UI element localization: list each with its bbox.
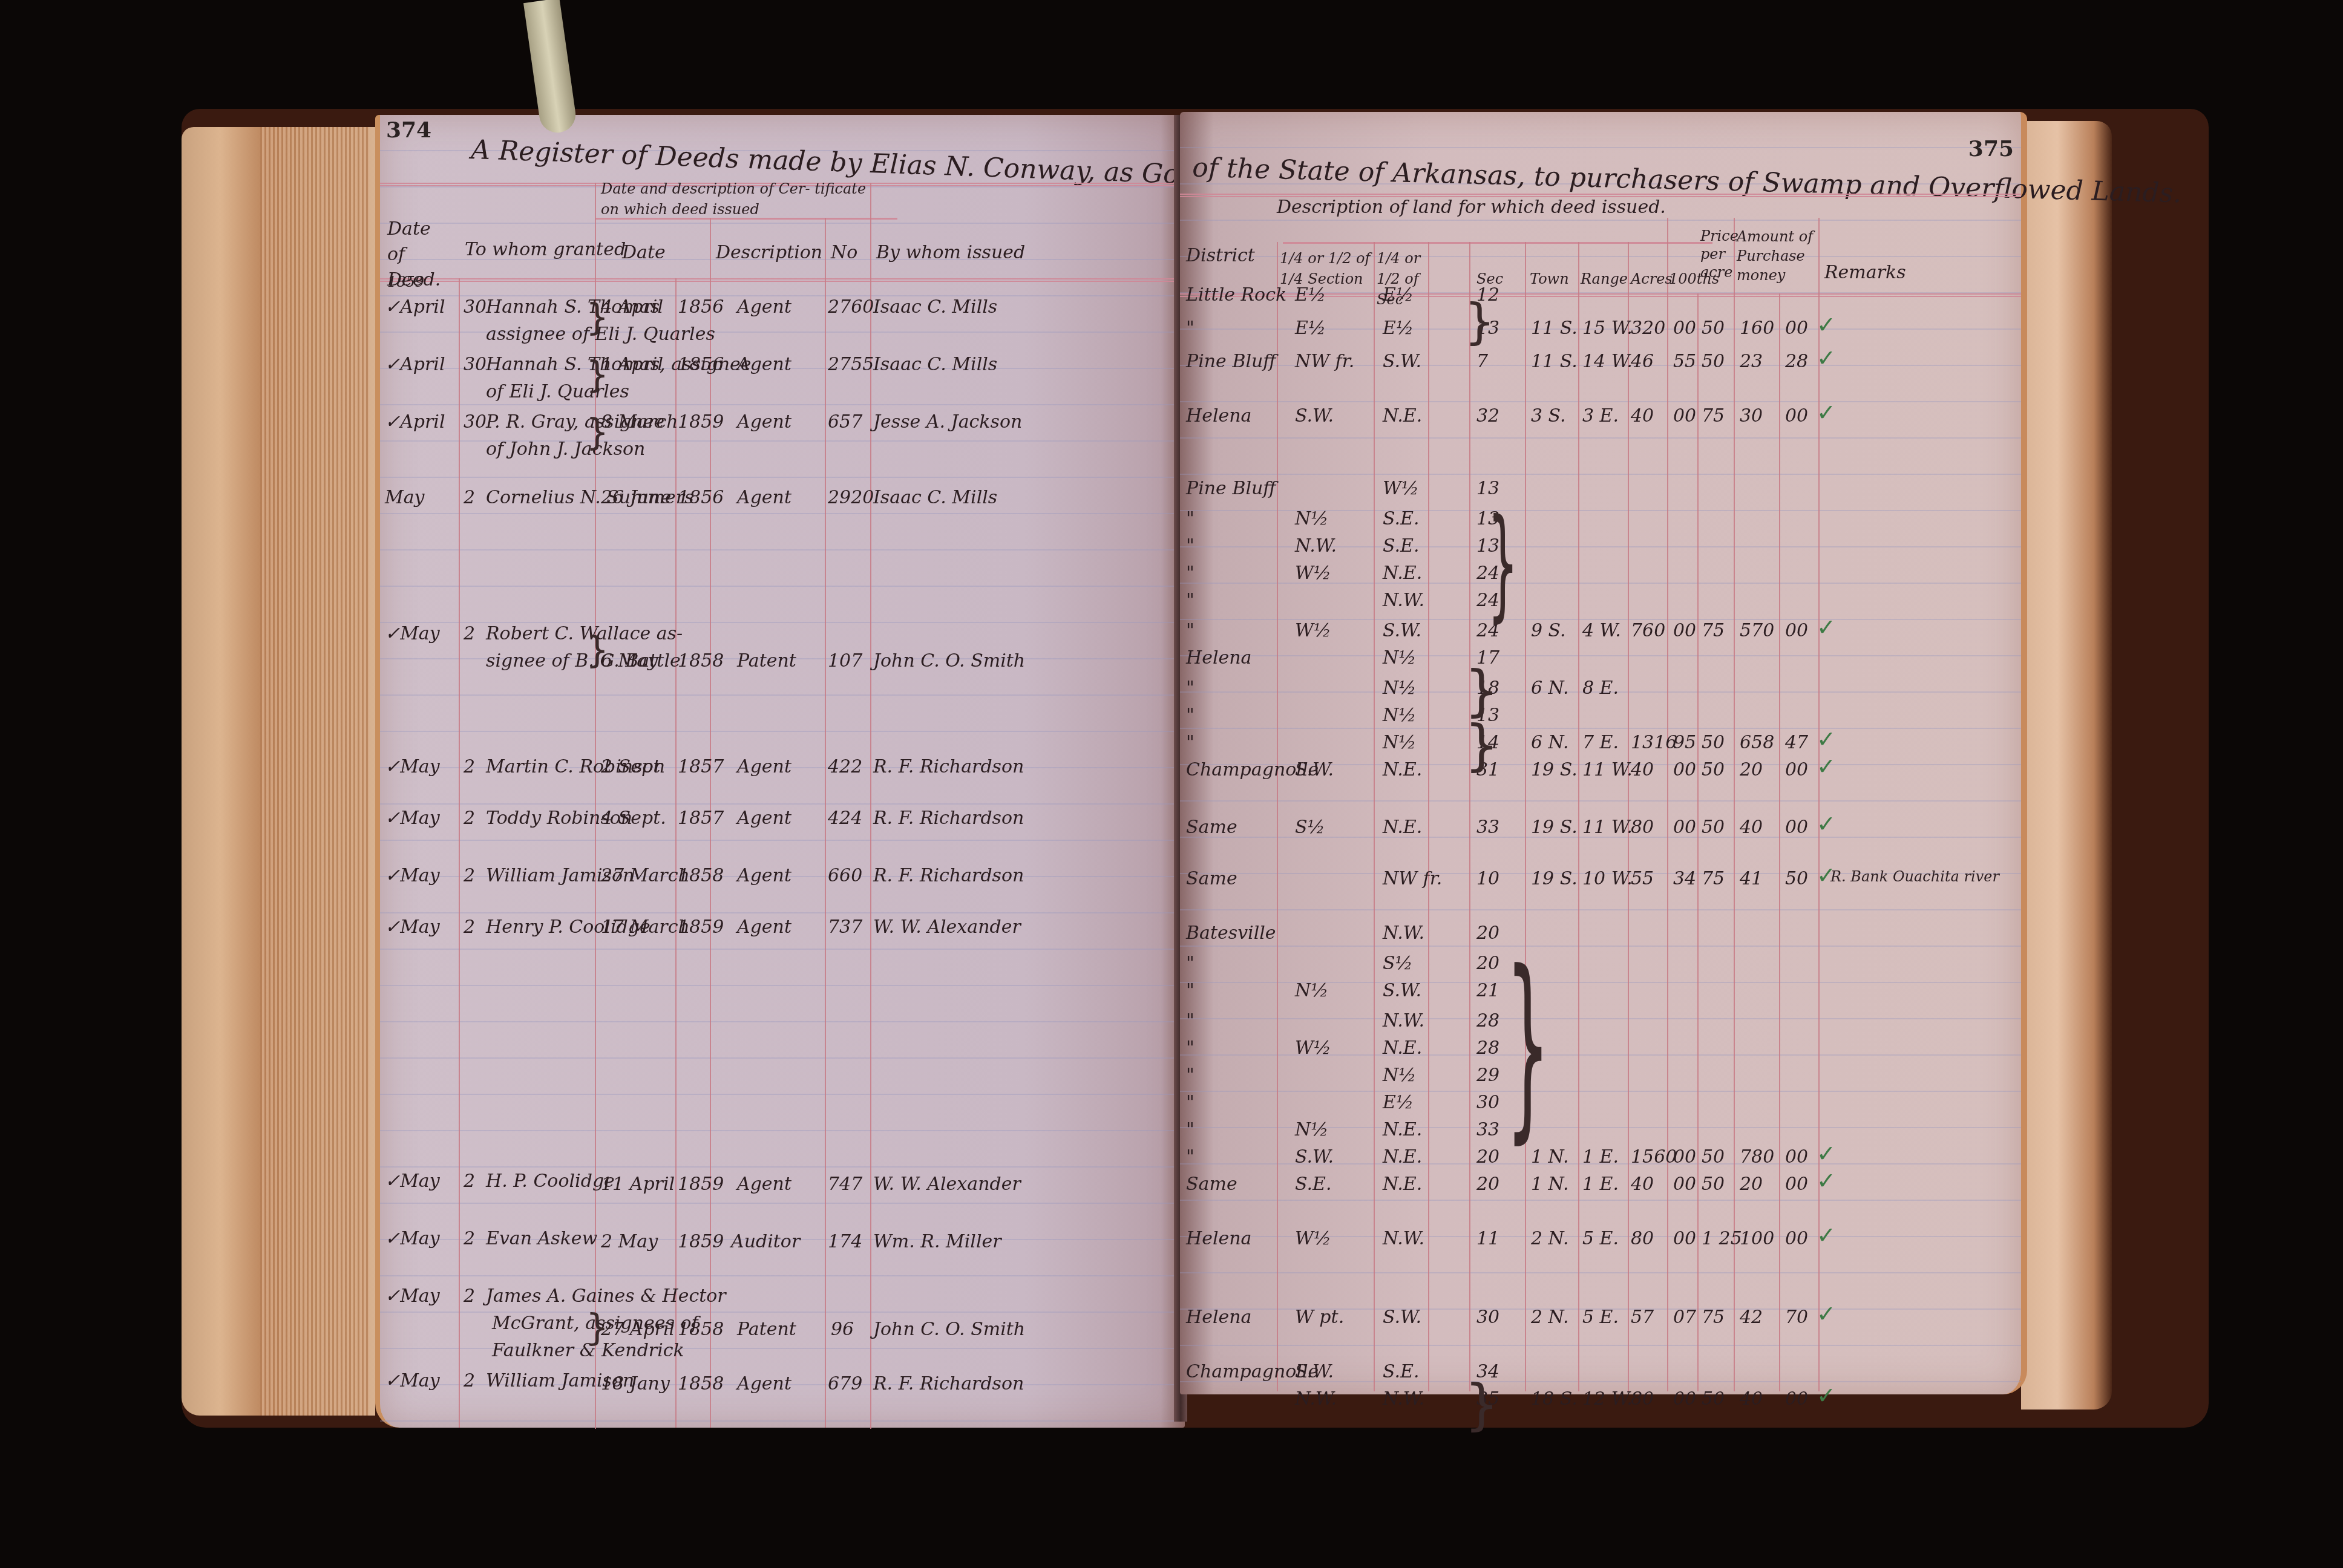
header-price-per-acre: Price per acre bbox=[1700, 227, 1737, 281]
acres-hundredths: 00 bbox=[1673, 817, 1696, 838]
header-cert-date: Date bbox=[622, 242, 666, 263]
quarter-section: S½ bbox=[1295, 817, 1325, 838]
cert-year: 1859 bbox=[678, 411, 724, 433]
section-number: 10 bbox=[1476, 868, 1499, 889]
check-mark-icon: ✓ bbox=[1817, 862, 1836, 889]
land-district: " bbox=[1186, 1037, 1194, 1059]
left-page-block bbox=[182, 127, 375, 1416]
col-line bbox=[1697, 293, 1699, 1391]
cert-number: 96 bbox=[831, 1319, 854, 1340]
land-district: Helena bbox=[1186, 1228, 1251, 1249]
township: 11 S. bbox=[1531, 351, 1578, 372]
acres-hundredths: 00 bbox=[1673, 1146, 1696, 1168]
township: 11 S. bbox=[1531, 318, 1578, 339]
acres-hundredths: 00 bbox=[1673, 405, 1696, 426]
purchase-amount-cents: 00 bbox=[1785, 1388, 1808, 1410]
cert-number: 737 bbox=[828, 916, 862, 938]
land-district: Pine Bluff bbox=[1186, 351, 1276, 372]
purchase-amount: 23 bbox=[1740, 351, 1763, 372]
township: 19 S. bbox=[1531, 759, 1578, 780]
purchase-amount: 40 bbox=[1740, 1388, 1763, 1410]
section-number: 20 bbox=[1476, 953, 1499, 974]
range: 3 E. bbox=[1582, 405, 1619, 426]
check-mark-icon: ✓ bbox=[1817, 726, 1836, 753]
price-per-acre: 50 bbox=[1702, 1388, 1725, 1410]
quarter-of-section: E½ bbox=[1383, 284, 1414, 305]
grantee-line: of John J. Jackson bbox=[486, 439, 645, 460]
cert-description: Agent bbox=[737, 865, 791, 886]
header-quarter-section: 1/4 or 1/2 of 1/4 Section bbox=[1280, 248, 1371, 289]
quarter-section: W½ bbox=[1295, 1037, 1331, 1059]
cert-date: 27 March bbox=[601, 865, 690, 886]
quarter-section: N½ bbox=[1295, 508, 1328, 529]
cert-year: 1857 bbox=[678, 756, 724, 777]
cert-description: Patent bbox=[737, 1319, 796, 1340]
acres: 80 bbox=[1631, 1388, 1654, 1410]
deed-month: ✓May bbox=[385, 623, 440, 644]
issued-by: Isaac C. Mills bbox=[873, 487, 997, 508]
col-line bbox=[1374, 242, 1375, 1391]
quarter-of-section: N.E. bbox=[1383, 405, 1422, 426]
land-district: " bbox=[1186, 705, 1194, 726]
acres-hundredths: 00 bbox=[1673, 759, 1696, 780]
header-rule-top bbox=[1180, 194, 2021, 197]
quarter-of-section: N.E. bbox=[1383, 563, 1422, 584]
quarter-of-section: E½ bbox=[1383, 1092, 1414, 1113]
deed-day: 2 bbox=[464, 487, 475, 508]
brace: } bbox=[1464, 714, 1499, 777]
deed-day: 2 bbox=[464, 865, 475, 886]
cert-date: 11 April bbox=[601, 1174, 675, 1195]
price-per-acre: 75 bbox=[1702, 1307, 1725, 1328]
acres: 57 bbox=[1631, 1307, 1654, 1328]
cert-number: 424 bbox=[828, 808, 862, 829]
check-mark-icon: ✓ bbox=[1817, 1140, 1836, 1167]
deed-month: ✓April bbox=[385, 296, 445, 318]
page-number-right: 375 bbox=[1968, 136, 2014, 162]
section-number: 30 bbox=[1476, 1307, 1499, 1328]
issued-by: John C. O. Smith bbox=[873, 1319, 1025, 1340]
acres: 55 bbox=[1631, 868, 1654, 889]
quarter-of-section: S½ bbox=[1383, 953, 1413, 974]
quarter-of-section: S.E. bbox=[1383, 1361, 1419, 1382]
quarter-of-section: N.E. bbox=[1383, 1119, 1422, 1140]
quarter-of-section: N½ bbox=[1383, 1065, 1416, 1086]
land-district: " bbox=[1186, 1010, 1194, 1031]
price-per-acre: 50 bbox=[1702, 1146, 1725, 1168]
quarter-section: N½ bbox=[1295, 980, 1328, 1001]
issued-by: R. F. Richardson bbox=[873, 865, 1024, 886]
cert-date: 4 Sept. bbox=[601, 808, 666, 829]
header-purchase-money: Amount of Purchase money bbox=[1737, 227, 1818, 285]
header-by-whom-issued: By whom issued bbox=[876, 242, 1025, 263]
cert-description: Agent bbox=[737, 487, 791, 508]
quarter-section: S.W. bbox=[1295, 405, 1334, 426]
section-number: 33 bbox=[1476, 1119, 1499, 1140]
header-land-group: Description of land for which deed issue… bbox=[1277, 197, 1666, 218]
cert-number: 660 bbox=[828, 865, 862, 886]
check-mark-icon: ✓ bbox=[1817, 614, 1836, 641]
cert-number: 174 bbox=[828, 1231, 862, 1252]
acres: 760 bbox=[1631, 620, 1665, 641]
purchase-amount-cents: 47 bbox=[1785, 732, 1808, 753]
price-per-acre: 50 bbox=[1702, 817, 1725, 838]
cert-description: Agent bbox=[737, 354, 791, 375]
quarter-of-section: W½ bbox=[1383, 478, 1419, 499]
grantee-line: Robert C. Wallace as- bbox=[486, 623, 683, 644]
quarter-of-section: N.E. bbox=[1383, 1174, 1422, 1195]
range: 12 W. bbox=[1582, 1388, 1633, 1410]
cert-number: 2755 bbox=[828, 354, 874, 375]
quarter-of-section: N.E. bbox=[1383, 817, 1422, 838]
township: 6 N. bbox=[1531, 678, 1569, 699]
deed-day: 30 bbox=[464, 354, 487, 375]
acres: 1316 bbox=[1631, 732, 1677, 753]
header-rule-bottom bbox=[380, 278, 1185, 282]
col-line bbox=[1525, 242, 1526, 1391]
check-mark-icon: ✓ bbox=[1817, 1382, 1836, 1409]
cert-year: 1856 bbox=[678, 296, 724, 318]
quarter-section: N.W. bbox=[1295, 535, 1337, 557]
col-line bbox=[1277, 242, 1278, 1391]
check-mark-icon: ✓ bbox=[1817, 1222, 1836, 1249]
header-acres: Acres bbox=[1631, 270, 1673, 287]
cert-year: 1856 bbox=[678, 354, 724, 375]
brace: } bbox=[1464, 293, 1495, 350]
cert-description: Agent bbox=[737, 1373, 791, 1394]
price-per-acre: 50 bbox=[1702, 351, 1725, 372]
check-mark-icon: ✓ bbox=[1817, 399, 1836, 426]
quarter-of-section: N.E. bbox=[1383, 759, 1422, 780]
acres-hundredths: 07 bbox=[1673, 1307, 1696, 1328]
township: 2 N. bbox=[1531, 1228, 1569, 1249]
range: 1 E. bbox=[1582, 1174, 1619, 1195]
range: 7 E. bbox=[1582, 732, 1619, 753]
issued-by: Isaac C. Mills bbox=[873, 296, 997, 318]
section-number: 21 bbox=[1476, 980, 1499, 1001]
purchase-amount-cents: 00 bbox=[1785, 817, 1808, 838]
acres-hundredths: 55 bbox=[1673, 351, 1696, 372]
issued-by: Isaac C. Mills bbox=[873, 354, 997, 375]
check-mark-icon: ✓ bbox=[1817, 312, 1836, 338]
price-per-acre: 1 25 bbox=[1702, 1228, 1742, 1249]
purchase-amount: 30 bbox=[1740, 405, 1763, 426]
quarter-of-section: N.W. bbox=[1383, 1228, 1424, 1249]
land-district: " bbox=[1186, 1092, 1194, 1113]
quarter-of-section: N½ bbox=[1383, 678, 1416, 699]
quarter-of-section: N.E. bbox=[1383, 1037, 1422, 1059]
quarter-section: S.W. bbox=[1295, 1146, 1334, 1168]
cert-description: Agent bbox=[737, 756, 791, 777]
col-line bbox=[1779, 293, 1780, 1391]
cert-year: 1858 bbox=[678, 1373, 724, 1394]
issued-by: R. F. Richardson bbox=[873, 756, 1024, 777]
township: 19 S. bbox=[1531, 817, 1578, 838]
grantee-line: James A. Gaines & Hector bbox=[486, 1285, 726, 1307]
section-number: 28 bbox=[1476, 1037, 1499, 1059]
township: 9 S. bbox=[1531, 620, 1566, 641]
land-district: " bbox=[1186, 732, 1194, 753]
acres: 1560 bbox=[1631, 1146, 1677, 1168]
check-mark-icon: ✓ bbox=[1817, 345, 1836, 371]
quarter-section: E½ bbox=[1295, 284, 1326, 305]
brace: } bbox=[1487, 493, 1518, 634]
deed-month: ✓May bbox=[385, 1370, 440, 1391]
purchase-amount-cents: 00 bbox=[1785, 405, 1808, 426]
cert-number: 747 bbox=[828, 1174, 862, 1195]
range: 5 E. bbox=[1582, 1228, 1619, 1249]
purchase-amount: 40 bbox=[1740, 817, 1763, 838]
land-district: " bbox=[1186, 953, 1194, 974]
check-mark-icon: ✓ bbox=[1817, 1168, 1836, 1194]
cert-year: 1859 bbox=[678, 916, 724, 938]
purchase-amount-cents: 00 bbox=[1785, 1174, 1808, 1195]
range: 8 E. bbox=[1582, 678, 1619, 699]
brace: } bbox=[1506, 929, 1550, 1161]
deed-month: ✓May bbox=[385, 916, 440, 938]
land-district: Little Rock bbox=[1186, 284, 1286, 305]
purchase-amount: 780 bbox=[1740, 1146, 1774, 1168]
deed-month: ✓May bbox=[385, 865, 440, 886]
acres-hundredths: 95 bbox=[1673, 732, 1696, 753]
issued-by: R. F. Richardson bbox=[873, 808, 1024, 829]
header-cert-description: Description bbox=[716, 242, 822, 263]
quarter-of-section: S.E. bbox=[1383, 535, 1419, 557]
township: 19 S. bbox=[1531, 868, 1578, 889]
range: 4 W. bbox=[1582, 620, 1621, 641]
grantee-line: Evan Askew bbox=[486, 1228, 597, 1249]
quarter-section: W½ bbox=[1295, 1228, 1331, 1249]
issued-by: Jesse A. Jackson bbox=[873, 411, 1022, 433]
land-district: Batesville bbox=[1186, 923, 1276, 944]
remark: R. Bank Ouachita river bbox=[1830, 868, 1999, 885]
check-mark-icon: ✓ bbox=[1817, 753, 1836, 780]
price-per-acre: 50 bbox=[1702, 732, 1725, 753]
price-per-acre: 50 bbox=[1702, 318, 1725, 339]
price-per-acre: 50 bbox=[1702, 1174, 1725, 1195]
header-range: Range bbox=[1581, 270, 1628, 287]
quarter-of-section: N.E. bbox=[1383, 1146, 1422, 1168]
land-district: " bbox=[1186, 620, 1194, 641]
purchase-amount: 570 bbox=[1740, 620, 1774, 641]
range: 1 E. bbox=[1582, 1146, 1619, 1168]
deed-day: 2 bbox=[464, 808, 475, 829]
purchase-amount: 100 bbox=[1740, 1228, 1774, 1249]
cert-year: 1858 bbox=[678, 865, 724, 886]
township: 18 S. bbox=[1531, 1388, 1578, 1410]
section-number: 11 bbox=[1476, 1228, 1499, 1249]
quarter-of-section: S.W. bbox=[1383, 1307, 1421, 1328]
cert-number: 422 bbox=[828, 756, 862, 777]
land-group-rule bbox=[1283, 242, 1712, 244]
quarter-of-section: N.W. bbox=[1383, 590, 1424, 611]
purchase-amount: 41 bbox=[1740, 868, 1763, 889]
header-cert-no: No bbox=[831, 242, 857, 263]
section-number: 20 bbox=[1476, 1146, 1499, 1168]
cert-number: 2760 bbox=[828, 296, 874, 318]
col-line bbox=[1428, 242, 1429, 1391]
cert-date: 4 April bbox=[601, 296, 663, 318]
header-remarks: Remarks bbox=[1824, 262, 1906, 283]
land-district: Helena bbox=[1186, 1307, 1251, 1328]
cert-year: 1856 bbox=[678, 487, 724, 508]
cert-description: Patent bbox=[737, 650, 796, 671]
quarter-section: E½ bbox=[1295, 318, 1326, 339]
issued-by: Wm. R. Miller bbox=[873, 1231, 1001, 1252]
quarter-section: NW fr. bbox=[1295, 351, 1354, 372]
deed-day: 2 bbox=[464, 1285, 475, 1307]
deed-month: ✓May bbox=[385, 1228, 440, 1249]
cert-year: 1858 bbox=[678, 1319, 724, 1340]
land-district: Pine Bluff bbox=[1186, 478, 1276, 499]
cert-description: Auditor bbox=[731, 1231, 800, 1252]
price-per-acre: 75 bbox=[1702, 868, 1725, 889]
township: 2 N. bbox=[1531, 1307, 1569, 1328]
deed-day: 2 bbox=[464, 1228, 475, 1249]
cert-date: 1 April bbox=[601, 354, 663, 375]
cert-description: Agent bbox=[737, 1174, 791, 1195]
deed-day: 2 bbox=[464, 916, 475, 938]
land-district: " bbox=[1186, 1119, 1194, 1140]
page-number-left: 374 bbox=[386, 117, 431, 143]
quarter-of-section: NW fr. bbox=[1383, 868, 1442, 889]
section-number: 33 bbox=[1476, 817, 1499, 838]
price-per-acre: 75 bbox=[1702, 405, 1725, 426]
col-line bbox=[675, 278, 677, 1428]
land-district: " bbox=[1186, 1065, 1194, 1086]
deed-month: ✓April bbox=[385, 411, 445, 433]
purchase-amount-cents: 00 bbox=[1785, 1228, 1808, 1249]
cert-year: 1858 bbox=[678, 650, 724, 671]
price-per-acre: 75 bbox=[1702, 620, 1725, 641]
issued-by: R. F. Richardson bbox=[873, 1373, 1024, 1394]
col-line bbox=[825, 218, 826, 1428]
quarter-of-section: E½ bbox=[1383, 318, 1414, 339]
cert-year: 1857 bbox=[678, 808, 724, 829]
deed-day: 2 bbox=[464, 1370, 475, 1391]
col-line bbox=[1469, 242, 1470, 1391]
quarter-section: W pt. bbox=[1295, 1307, 1344, 1328]
quarter-section: N.W. bbox=[1295, 1388, 1337, 1410]
deed-month: ✓May bbox=[385, 1171, 440, 1192]
land-district: " bbox=[1186, 980, 1194, 1001]
cert-date: 2 Sept bbox=[601, 756, 660, 777]
year-label: 1859 bbox=[387, 273, 424, 290]
right-page-block bbox=[2021, 121, 2112, 1410]
deed-day: 2 bbox=[464, 756, 475, 777]
land-district: Same bbox=[1186, 1174, 1237, 1195]
quarter-of-section: S.W. bbox=[1383, 351, 1421, 372]
quarter-of-section: N.W. bbox=[1383, 1010, 1424, 1031]
quarter-of-section: N½ bbox=[1383, 732, 1416, 753]
col-line bbox=[1578, 242, 1579, 1391]
left-page: 374 A Register of Deeds made by Elias N.… bbox=[375, 115, 1185, 1428]
cert-year: 1859 bbox=[678, 1174, 724, 1195]
section-number: 32 bbox=[1476, 405, 1499, 426]
quarter-of-section: N½ bbox=[1383, 705, 1416, 726]
cert-number: 657 bbox=[828, 411, 862, 433]
purchase-amount-cents: 00 bbox=[1785, 620, 1808, 641]
quarter-section: N½ bbox=[1295, 1119, 1328, 1140]
quarter-of-section: S.E. bbox=[1383, 508, 1419, 529]
deed-month: ✓May bbox=[385, 808, 440, 829]
range: 15 W. bbox=[1582, 318, 1633, 339]
range: 11 W. bbox=[1582, 817, 1633, 838]
acres: 320 bbox=[1631, 318, 1665, 339]
purchase-amount-cents: 00 bbox=[1785, 759, 1808, 780]
range: 14 W. bbox=[1582, 351, 1633, 372]
land-district: " bbox=[1186, 590, 1194, 611]
brace: } bbox=[1464, 1373, 1499, 1437]
section-number: 20 bbox=[1476, 923, 1499, 944]
header-district: District bbox=[1186, 245, 1255, 266]
deed-day: 2 bbox=[464, 1171, 475, 1192]
purchase-amount: 20 bbox=[1740, 759, 1763, 780]
header-certificate-group: Date and description of Cer- tificate on… bbox=[601, 178, 867, 220]
township: 3 S. bbox=[1531, 405, 1566, 426]
issued-by: W. W. Alexander bbox=[873, 916, 1021, 938]
cert-year: 1859 bbox=[678, 1231, 724, 1252]
issued-by: W. W. Alexander bbox=[873, 1174, 1021, 1195]
deed-day: 2 bbox=[464, 623, 475, 644]
acres: 80 bbox=[1631, 1228, 1654, 1249]
land-district: Same bbox=[1186, 817, 1237, 838]
acres-hundredths: 00 bbox=[1673, 318, 1696, 339]
col-line bbox=[1818, 218, 1820, 1391]
price-per-acre: 50 bbox=[1702, 759, 1725, 780]
quarter-section: S.W. bbox=[1295, 1361, 1334, 1382]
land-district: Same bbox=[1186, 868, 1237, 889]
col-line bbox=[1734, 218, 1735, 1391]
acres: 40 bbox=[1631, 405, 1654, 426]
cert-number: 2920 bbox=[828, 487, 874, 508]
acres-hundredths: 34 bbox=[1673, 868, 1696, 889]
purchase-amount-cents: 28 bbox=[1785, 351, 1808, 372]
cert-date: 8 March bbox=[601, 411, 678, 433]
deed-month: ✓April bbox=[385, 354, 445, 375]
section-number: 28 bbox=[1476, 1010, 1499, 1031]
acres-hundredths: 00 bbox=[1673, 1174, 1696, 1195]
land-district: " bbox=[1186, 535, 1194, 557]
land-district: " bbox=[1186, 678, 1194, 699]
land-district: Helena bbox=[1186, 405, 1251, 426]
cert-date: 2 May bbox=[601, 1231, 658, 1252]
land-district: " bbox=[1186, 508, 1194, 529]
township: 1 N. bbox=[1531, 1174, 1569, 1195]
cert-date: 17 March bbox=[601, 916, 690, 938]
range: 10 W. bbox=[1582, 868, 1633, 889]
cert-date: 6 May bbox=[601, 650, 658, 671]
quarter-section: S.E. bbox=[1295, 1174, 1331, 1195]
range: 11 W. bbox=[1582, 759, 1633, 780]
cert-number: 679 bbox=[828, 1373, 862, 1394]
header-town: Town bbox=[1530, 270, 1569, 287]
purchase-amount-cents: 70 bbox=[1785, 1307, 1808, 1328]
purchase-amount-cents: 00 bbox=[1785, 1146, 1808, 1168]
quarter-section: W½ bbox=[1295, 620, 1331, 641]
land-district: " bbox=[1186, 563, 1194, 584]
acres: 40 bbox=[1631, 1174, 1654, 1195]
quarter-of-section: N.W. bbox=[1383, 1388, 1424, 1410]
section-number: 29 bbox=[1476, 1065, 1499, 1086]
deed-month: May bbox=[385, 487, 425, 508]
grantee-line: H. P. Coolidge bbox=[486, 1171, 615, 1192]
land-district: " bbox=[1186, 1146, 1194, 1168]
header-to-whom-granted: To whom granted bbox=[465, 239, 626, 260]
cert-description: Agent bbox=[737, 411, 791, 433]
acres-hundredths: 00 bbox=[1673, 1388, 1696, 1410]
acres: 80 bbox=[1631, 817, 1654, 838]
